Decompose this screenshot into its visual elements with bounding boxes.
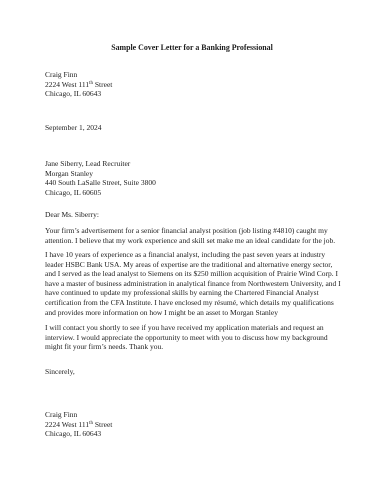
signature-street: 2224 West 111th Street xyxy=(45,420,341,430)
recipient-name: Jane Siberry, Lead Recruiter xyxy=(45,159,341,169)
recipient-address-block: Jane Siberry, Lead Recruiter Morgan Stan… xyxy=(45,159,341,197)
sender-street: 2224 West 111th Street xyxy=(45,80,341,90)
recipient-street: 440 South LaSalle Street, Suite 3800 xyxy=(45,178,341,188)
ordinal-suffix: th xyxy=(89,421,93,426)
recipient-company: Morgan Stanley xyxy=(45,169,341,179)
sender-name: Craig Finn xyxy=(45,70,341,80)
sender-city: Chicago, IL 60643 xyxy=(45,89,341,99)
body-paragraph-1: Your firm’s advertisement for a senior f… xyxy=(45,226,341,245)
letter-title: Sample Cover Letter for a Banking Profes… xyxy=(0,43,384,53)
ordinal-suffix: th xyxy=(89,81,93,86)
body-paragraph-3: I will contact you shortly to see if you… xyxy=(45,323,341,352)
signature-name: Craig Finn xyxy=(45,410,341,420)
body-paragraph-2: I have 10 years of experience as a finan… xyxy=(45,250,341,317)
salutation: Dear Ms. Siberry: xyxy=(45,210,341,220)
recipient-city: Chicago, IL 60605 xyxy=(45,188,341,198)
signature-block: Craig Finn 2224 West 111th Street Chicag… xyxy=(45,410,341,439)
letter-date: September 1, 2024 xyxy=(45,123,341,133)
closing: Sincerely, xyxy=(45,367,341,377)
cover-letter-page: Sample Cover Letter for a Banking Profes… xyxy=(0,0,384,497)
signature-city: Chicago, IL 60643 xyxy=(45,429,341,439)
sender-address-block: Craig Finn 2224 West 111th Street Chicag… xyxy=(45,70,341,99)
